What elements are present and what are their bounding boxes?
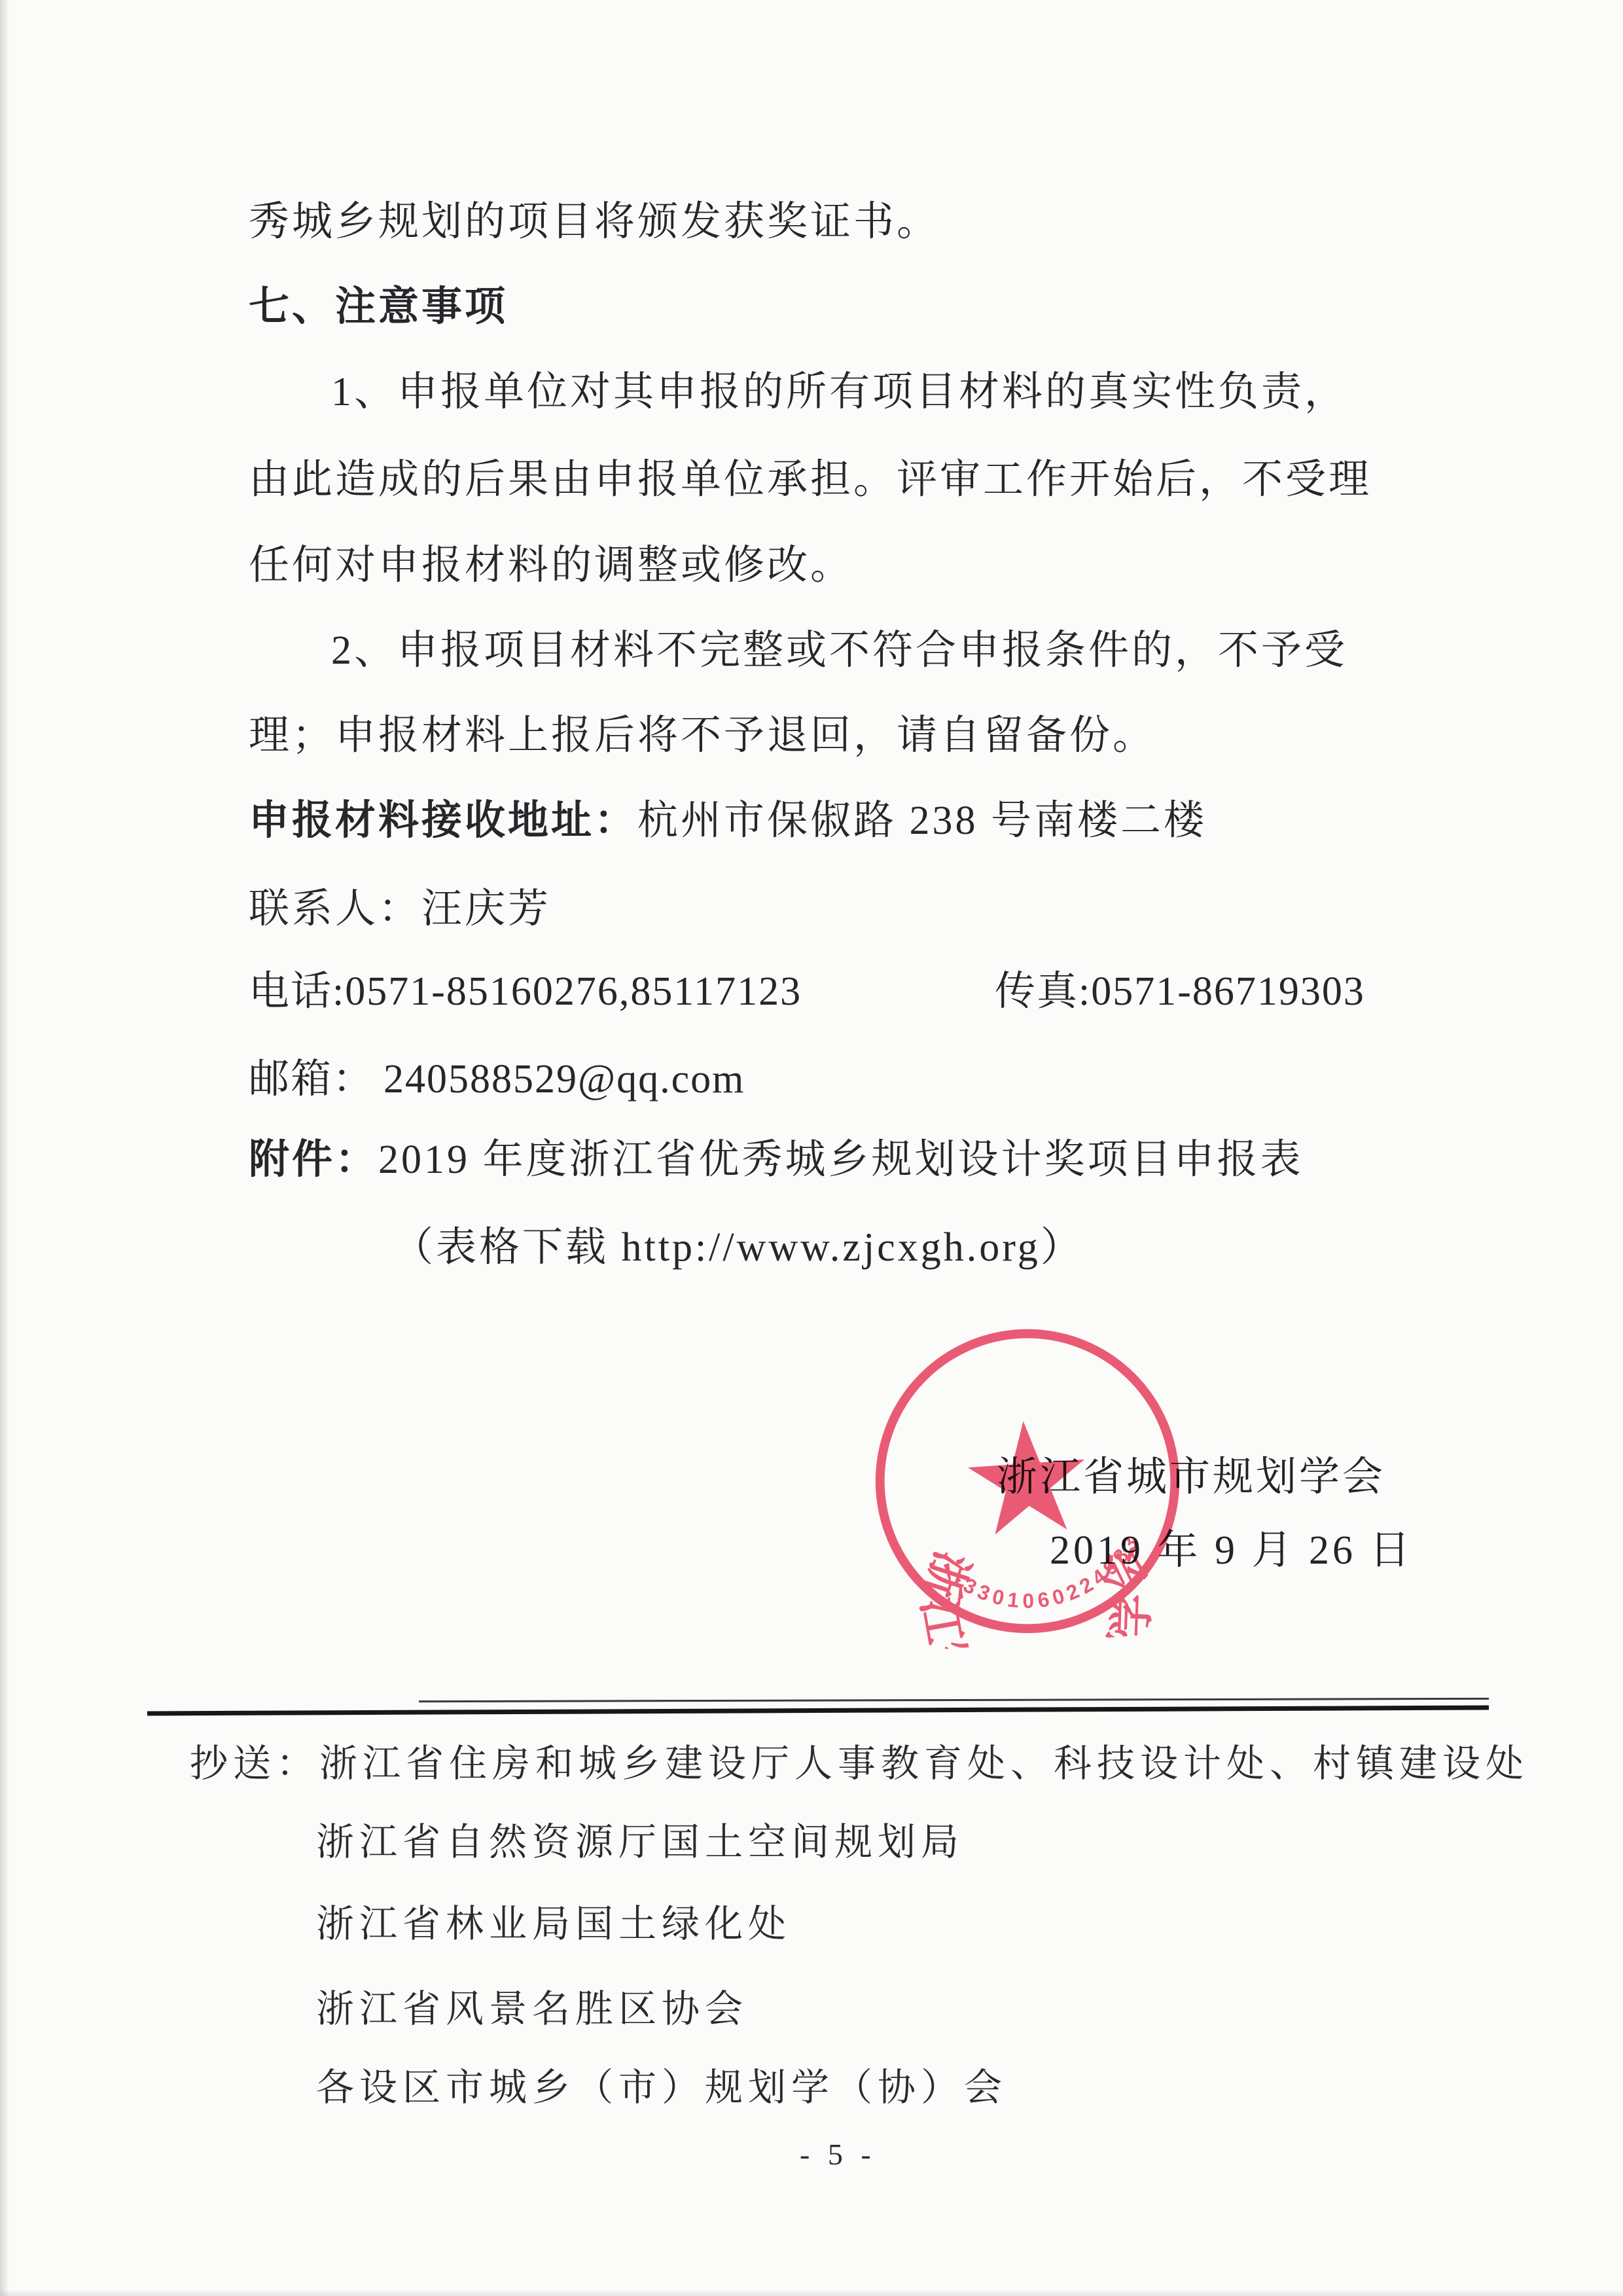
intro-line: 秀城乡规划的项目将颁发获奖证书。	[249, 202, 940, 242]
attachment-note: （表格下载 http://www.zjcxgh.org）	[393, 1227, 1084, 1268]
seal-star-icon	[965, 1417, 1089, 1536]
cc-label: 抄送：	[190, 1742, 319, 1785]
scan-edge-left	[0, 0, 9, 2296]
email-label: 邮箱：	[249, 1057, 374, 1102]
divider-rule	[147, 1706, 1489, 1716]
section-heading: 七、注意事项	[249, 287, 508, 327]
para1-line-1: 1、申报单位对其申报的所有项目材料的真实性负责，	[331, 372, 1347, 412]
document-page: 秀城乡规划的项目将颁发获奖证书。 七、注意事项 1、申报单位对其申报的所有项目材…	[0, 0, 1623, 2296]
para2-line-1: 2、申报项目材料不完整或不符合申报条件的，不予受	[331, 630, 1347, 671]
cc-item: 各设区市城乡（市）规划学（协）会	[316, 2069, 1007, 2107]
address-line: 申报材料接收地址：杭州市保俶路 238 号南楼二楼	[249, 800, 1207, 841]
fax-value: 0571-86719303	[1091, 969, 1365, 1014]
cc-item: 浙江省住房和城乡建设厅人事教育处、科技设计处、村镇建设处	[319, 1742, 1529, 1785]
attachment-line: 附件：2019 年度浙江省优秀城乡规划设计奖项目申报表	[249, 1139, 1304, 1180]
phone-value: 0571-85160276,85117123	[345, 969, 802, 1014]
attachment-value: 2019 年度浙江省优秀城乡规划设计奖项目申报表	[378, 1138, 1304, 1182]
contact-label: 联系人：	[249, 887, 421, 931]
cc-item: 浙江省林业局国土绿化处	[316, 1905, 791, 1943]
phone-line: 电话:0571-85160276,85117123	[249, 971, 802, 1012]
cc-item: 浙江省自然资源厅国土空间规划局	[316, 1823, 964, 1861]
contact-line: 联系人：汪庆芳	[249, 889, 551, 929]
fax-line: 传真:0571-86719303	[995, 971, 1365, 1012]
para1-line-2: 由此造成的后果由申报单位承担。评审工作开始后，不受理	[249, 459, 1372, 500]
page-number: - 5 -	[800, 2140, 876, 2170]
para1-line-3: 任何对申报材料的调整或修改。	[249, 545, 853, 586]
cc-item: 浙江省风景名胜区协会	[316, 1990, 748, 2028]
email-line: 邮箱：240588529@qq.com	[249, 1059, 745, 1100]
phone-label: 电话:	[249, 969, 345, 1014]
para2-line-2: 理；申报材料上报后将不予退回，请自留备份。	[249, 715, 1156, 756]
official-seal: 浙江省城市规划学会 3301060224983	[855, 1308, 1200, 1653]
divider-rule-ghost	[419, 1698, 1489, 1702]
fax-label: 传真:	[995, 969, 1091, 1014]
email-value: 240588529@qq.com	[383, 1057, 745, 1102]
address-label: 申报材料接收地址：	[249, 798, 637, 843]
scan-edge-bottom	[0, 2289, 1623, 2296]
cc-line-1: 抄送：浙江省住房和城乡建设厅人事教育处、科技设计处、村镇建设处	[190, 1745, 1529, 1783]
address-value: 杭州市保俶路 238 号南楼二楼	[637, 798, 1207, 843]
attachment-label: 附件：	[249, 1138, 378, 1182]
contact-value: 汪庆芳	[421, 887, 551, 931]
